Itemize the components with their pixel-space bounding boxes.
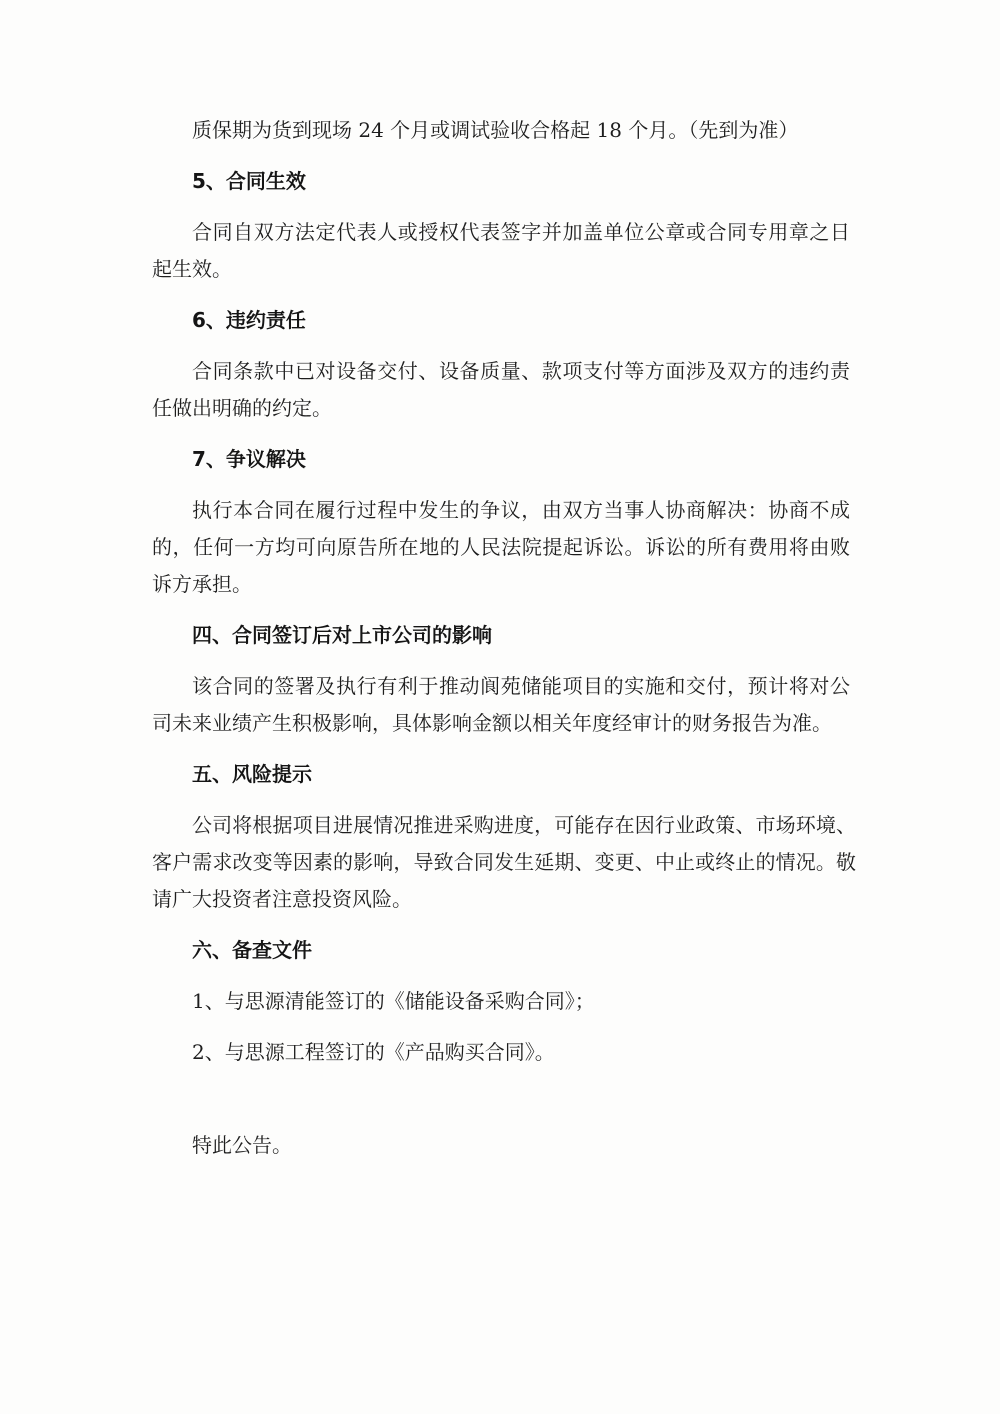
closing-statement: 特此公告。 [152,1127,850,1164]
paragraph-warranty-period: 质保期为货到现场 24 个月或调试验收合格起 18 个月。（先到为准） [152,112,850,149]
heading-6-documents-for-reference: 六、备查文件 [152,932,850,969]
heading-5-risk-notice: 五、风险提示 [152,756,850,793]
announcement-page: 质保期为货到现场 24 个月或调试验收合格起 18 个月。（先到为准） 5、合同… [0,0,1000,1414]
paragraph-dispute-resolution: 执行本合同在履行过程中发生的争议，由双方当事人协商解决：协商不成的，任何一方均可… [152,492,850,603]
paragraph-contract-effectiveness: 合同自双方法定代表人或授权代表签字并加盖单位公章或合同专用章之日起生效。 [152,214,850,288]
paragraph-impact-on-listed-company: 该合同的签署及执行有利于推动阆苑储能项目的实施和交付，预计将对公司未来业绩产生积… [152,668,850,742]
heading-4-impact-on-listed-company: 四、合同签订后对上市公司的影响 [152,617,850,654]
paragraph-risk-notice: 公司将根据项目进展情况推进采购进度，可能存在因行业政策、市场环境、客户需求改变等… [152,807,856,918]
heading-6-breach-liability: 6、违约责任 [152,302,850,339]
paragraph-breach-liability: 合同条款中已对设备交付、设备质量、款项支付等方面涉及双方的违约责任做出明确的约定… [152,353,850,427]
reference-document-item-1: 1、与思源清能签订的《储能设备采购合同》； [152,983,850,1020]
reference-document-item-2: 2、与思源工程签订的《产品购买合同》。 [152,1034,850,1071]
heading-5-contract-effectiveness: 5、合同生效 [152,163,850,200]
heading-7-dispute-resolution: 7、争议解决 [152,441,850,478]
